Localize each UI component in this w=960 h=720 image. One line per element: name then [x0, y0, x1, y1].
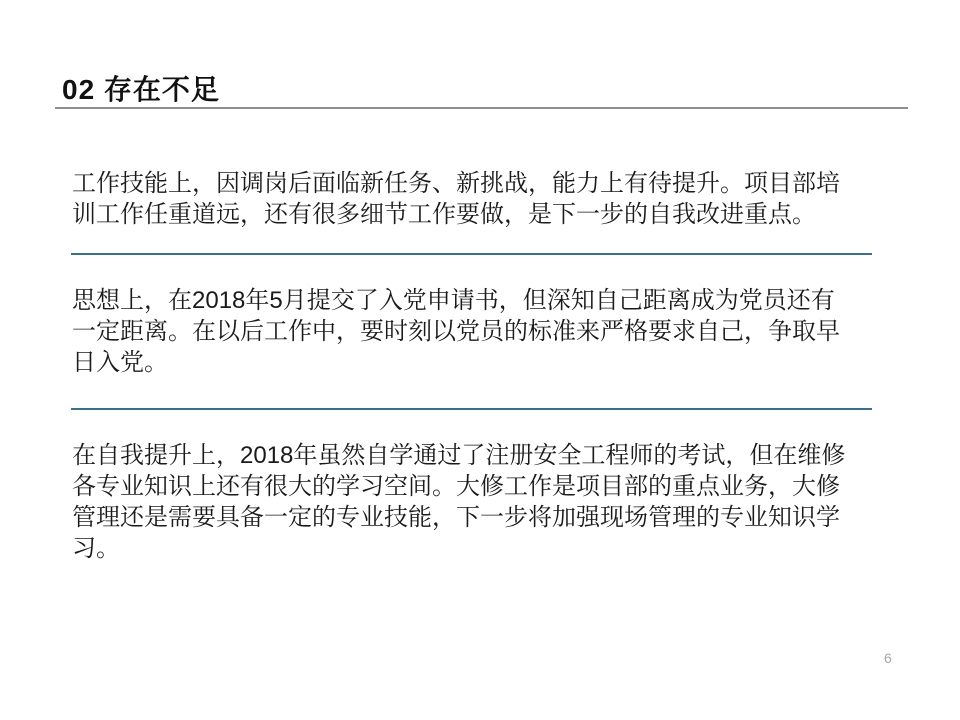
- title-underline: [55, 107, 908, 109]
- paragraph-line: 思想上，在2018年5月提交了入党申请书，但深知自己距离成为党员还有: [72, 285, 872, 316]
- paragraph-line: 管理还是需要具备一定的专业技能，下一步将加强现场管理的专业知识学: [72, 502, 872, 533]
- separator-line: [71, 408, 872, 410]
- slide: 02 存在不足 工作技能上，因调岗后面临新任务、新挑战，能力上有待提升。项目部培…: [0, 0, 960, 720]
- paragraph-work-skills: 工作技能上，因调岗后面临新任务、新挑战，能力上有待提升。项目部培训工作任重道远，…: [72, 168, 872, 230]
- paragraph-line: 习。: [72, 533, 872, 564]
- paragraph-line: 训工作任重道远，还有很多细节工作要做，是下一步的自我改进重点。: [72, 199, 872, 230]
- paragraph-ideology: 思想上，在2018年5月提交了入党申请书，但深知自己距离成为党员还有一定距离。在…: [72, 285, 872, 378]
- paragraph-line: 一定距离。在以后工作中，要时刻以党员的标准来严格要求自己，争取早: [72, 316, 872, 347]
- page-number: 6: [884, 650, 892, 666]
- paragraph-line: 日入党。: [72, 347, 872, 378]
- paragraph-self-improvement: 在自我提升上，2018年虽然自学通过了注册安全工程师的考试，但在维修各专业知识上…: [72, 440, 872, 564]
- slide-title: 02 存在不足: [62, 68, 220, 108]
- paragraph-line: 工作技能上，因调岗后面临新任务、新挑战，能力上有待提升。项目部培: [72, 168, 872, 199]
- separator-line: [71, 253, 872, 255]
- paragraph-line: 在自我提升上，2018年虽然自学通过了注册安全工程师的考试，但在维修: [72, 440, 872, 471]
- paragraph-line: 各专业知识上还有很大的学习空间。大修工作是项目部的重点业务，大修: [72, 471, 872, 502]
